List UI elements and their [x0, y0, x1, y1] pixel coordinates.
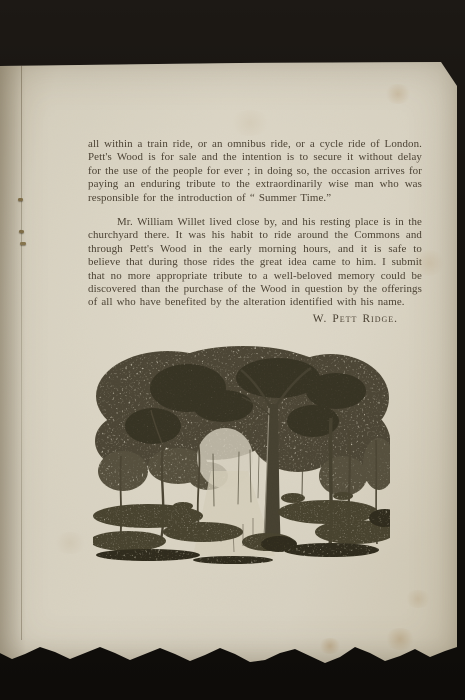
binding-stitch — [20, 242, 26, 245]
paragraph-continuation: all within a train ride, or an omnibus r… — [88, 138, 422, 205]
foxing-stain — [318, 638, 342, 654]
binding-stitch — [19, 230, 24, 234]
binding-stitch — [18, 198, 23, 201]
foxing-stain — [228, 110, 272, 136]
page-gutter-fold — [0, 62, 26, 664]
foxing-stain — [404, 590, 432, 608]
paragraph: Mr. William Willet lived close by, and h… — [88, 216, 422, 310]
page-text: all within a train ride, or an omnibus r… — [88, 138, 422, 326]
foxing-stain — [384, 84, 412, 104]
gutter-crease-line — [21, 62, 22, 640]
foxing-stain — [52, 532, 88, 554]
woodland-illustration — [93, 346, 390, 573]
foxing-stain — [384, 628, 416, 650]
photo-background: all within a train ride, or an omnibus r… — [0, 0, 465, 700]
book-page: all within a train ride, or an omnibus r… — [0, 62, 457, 664]
author-signature: W. Pett Ridge. — [88, 313, 422, 326]
